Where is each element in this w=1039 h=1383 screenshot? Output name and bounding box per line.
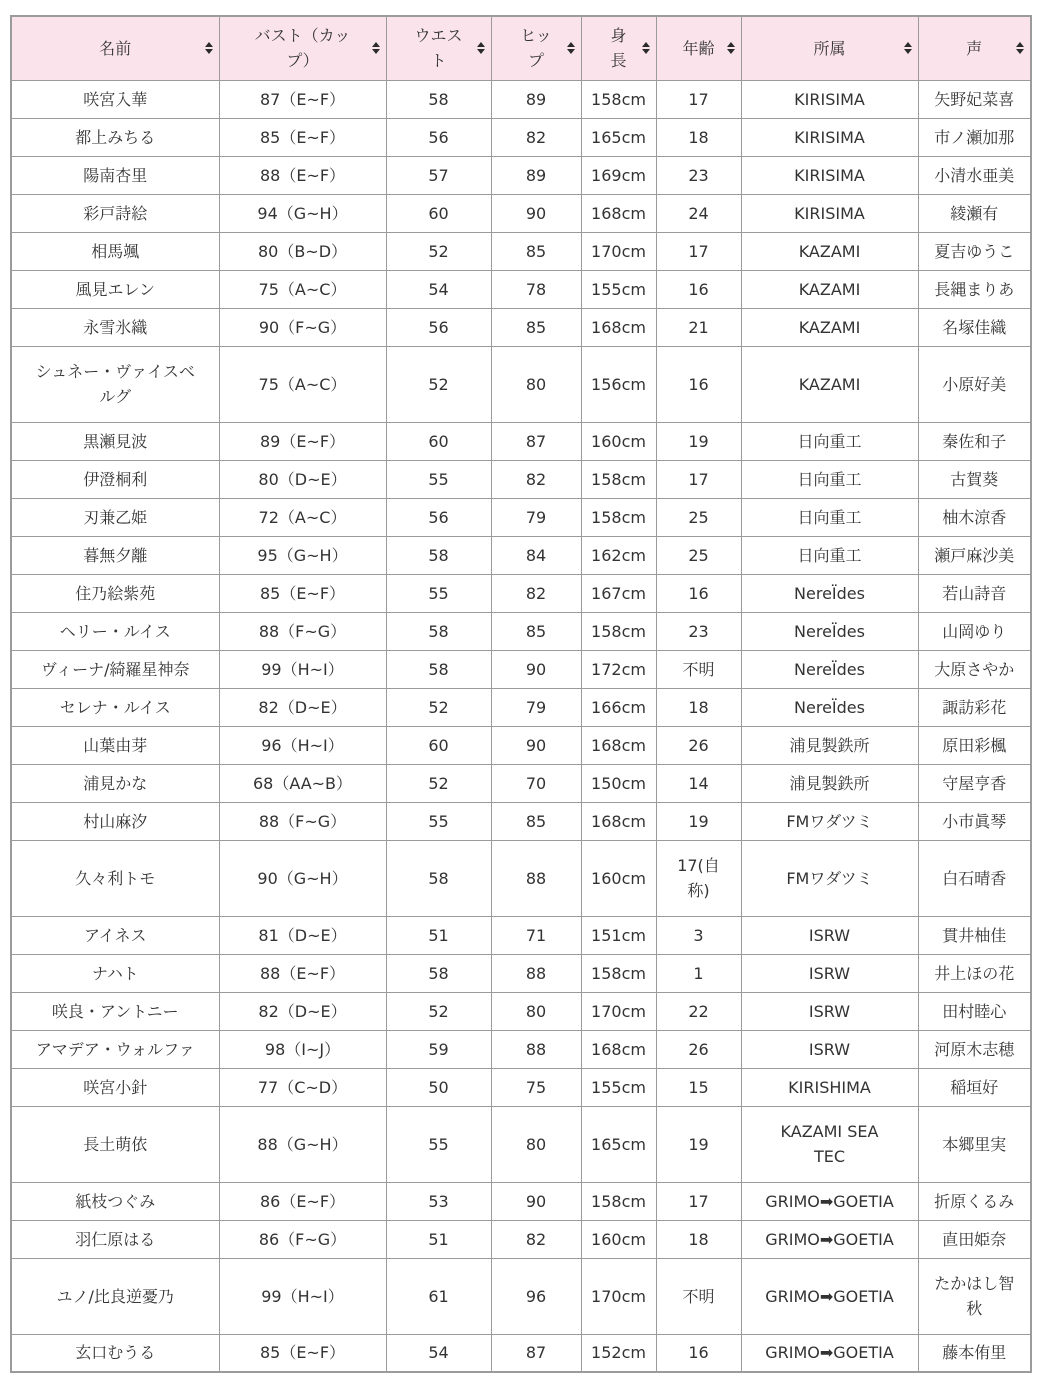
cell-group: KIRISIMA xyxy=(741,80,918,118)
cell-hip: 70 xyxy=(491,764,581,802)
table-row: ナハト88（E~F）5888158cm1ISRW井上ほの花 xyxy=(11,954,1031,992)
cell-age: 19 xyxy=(656,1106,741,1182)
cell-waist: 58 xyxy=(386,612,491,650)
cell-bust: 96（H~I） xyxy=(219,726,386,764)
cell-height: 151cm xyxy=(581,916,656,954)
cell-group: NereÏdes xyxy=(741,612,918,650)
cell-height: 158cm xyxy=(581,80,656,118)
cell-hip: 80 xyxy=(491,1106,581,1182)
cell-height: 162cm xyxy=(581,536,656,574)
cell-voice: 稲垣好 xyxy=(918,1068,1031,1106)
cell-name: 浦見かな xyxy=(11,764,219,802)
cell-bust: 85（E~F） xyxy=(219,1334,386,1372)
cell-voice: 長縄まりあ xyxy=(918,270,1031,308)
cell-height: 165cm xyxy=(581,118,656,156)
cell-height: 158cm xyxy=(581,1182,656,1220)
cell-bust: 86（E~F） xyxy=(219,1182,386,1220)
cell-height: 166cm xyxy=(581,688,656,726)
cell-name: 暮無夕離 xyxy=(11,536,219,574)
cell-height: 170cm xyxy=(581,992,656,1030)
cell-waist: 54 xyxy=(386,270,491,308)
cell-waist: 55 xyxy=(386,460,491,498)
cell-voice: 河原木志穂 xyxy=(918,1030,1031,1068)
cell-height: 158cm xyxy=(581,460,656,498)
table-row: 彩戸詩絵94（G~H）6090168cm24KIRISIMA綾瀬有 xyxy=(11,194,1031,232)
cell-name: 咲宮小針 xyxy=(11,1068,219,1106)
cell-voice: 柚木涼香 xyxy=(918,498,1031,536)
cell-voice: 井上ほの花 xyxy=(918,954,1031,992)
cell-bust: 75（A~C） xyxy=(219,346,386,422)
cell-group: GRIMO➡GOETIA xyxy=(741,1334,918,1372)
cell-group: KAZAMI xyxy=(741,308,918,346)
cell-group: 日向重工 xyxy=(741,460,918,498)
cell-age: 17(自 称) xyxy=(656,840,741,916)
cell-group: NereÏdes xyxy=(741,688,918,726)
cell-height: 165cm xyxy=(581,1106,656,1182)
cell-age: 19 xyxy=(656,802,741,840)
cell-bust: 75（A~C） xyxy=(219,270,386,308)
cell-group: FMワダツミ xyxy=(741,840,918,916)
cell-name: アイネス xyxy=(11,916,219,954)
cell-age: 15 xyxy=(656,1068,741,1106)
cell-voice: 名塚佳織 xyxy=(918,308,1031,346)
column-header-height[interactable]: 身長 xyxy=(581,16,656,80)
cell-voice: 貫井柚佳 xyxy=(918,916,1031,954)
cell-voice: 原田彩楓 xyxy=(918,726,1031,764)
cell-height: 168cm xyxy=(581,308,656,346)
cell-waist: 58 xyxy=(386,80,491,118)
cell-waist: 52 xyxy=(386,992,491,1030)
table-row: 陽南杏里88（E~F）5789169cm23KIRISIMA小清水亜美 xyxy=(11,156,1031,194)
table-row: 都上みちる85（E~F）5682165cm18KIRISIMA市ノ瀬加那 xyxy=(11,118,1031,156)
table-row: 浦見かな68（AA~B）5270150cm14浦見製鉄所守屋亨香 xyxy=(11,764,1031,802)
header-row: 名前バスト（カッ プ）ウエス トヒッ プ身長年齢所属声 xyxy=(11,16,1031,80)
sort-icon[interactable] xyxy=(205,42,213,54)
cell-name: 相馬颯 xyxy=(11,232,219,270)
cell-bust: 88（E~F） xyxy=(219,954,386,992)
table-row: 伊澄桐利80（D~E）5582158cm17日向重工古賀葵 xyxy=(11,460,1031,498)
cell-age: 不明 xyxy=(656,1258,741,1334)
cell-age: 1 xyxy=(656,954,741,992)
cell-group: 日向重工 xyxy=(741,422,918,460)
table-row: アマデア・ウォルファ98（I~J）5988168cm26ISRW河原木志穂 xyxy=(11,1030,1031,1068)
cell-age: 19 xyxy=(656,422,741,460)
sort-icon[interactable] xyxy=(904,42,912,54)
cell-hip: 96 xyxy=(491,1258,581,1334)
cell-hip: 85 xyxy=(491,802,581,840)
cell-voice: 夏吉ゆうこ xyxy=(918,232,1031,270)
cell-name: 刃兼乙姫 xyxy=(11,498,219,536)
cell-group: 日向重工 xyxy=(741,498,918,536)
cell-height: 168cm xyxy=(581,726,656,764)
sort-icon[interactable] xyxy=(567,42,575,54)
cell-height: 160cm xyxy=(581,840,656,916)
column-header-name[interactable]: 名前 xyxy=(11,16,219,80)
cell-waist: 55 xyxy=(386,802,491,840)
cell-hip: 75 xyxy=(491,1068,581,1106)
cell-hip: 82 xyxy=(491,118,581,156)
cell-bust: 98（I~J） xyxy=(219,1030,386,1068)
cell-height: 170cm xyxy=(581,1258,656,1334)
table-row: 相馬颯80（B~D）5285170cm17KAZAMI夏吉ゆうこ xyxy=(11,232,1031,270)
cell-voice: 小清水亜美 xyxy=(918,156,1031,194)
cell-voice: 白石晴香 xyxy=(918,840,1031,916)
cell-group: GRIMO➡GOETIA xyxy=(741,1258,918,1334)
cell-voice: 矢野妃菜喜 xyxy=(918,80,1031,118)
cell-group: KIRISIMA xyxy=(741,118,918,156)
cell-group: KAZAMI xyxy=(741,270,918,308)
table-row: シュネー・ヴァイスベ ルグ75（A~C）5280156cm16KAZAMI小原好… xyxy=(11,346,1031,422)
cell-name: 玄口むうる xyxy=(11,1334,219,1372)
cell-waist: 52 xyxy=(386,764,491,802)
cell-age: 16 xyxy=(656,346,741,422)
cell-voice: 若山詩音 xyxy=(918,574,1031,612)
table-row: 風見エレン75（A~C）5478155cm16KAZAMI長縄まりあ xyxy=(11,270,1031,308)
cell-name: 黒瀬見波 xyxy=(11,422,219,460)
cell-bust: 85（E~F） xyxy=(219,574,386,612)
cell-name: 都上みちる xyxy=(11,118,219,156)
sort-icon[interactable] xyxy=(642,42,650,54)
cell-age: 21 xyxy=(656,308,741,346)
cell-waist: 57 xyxy=(386,156,491,194)
cell-hip: 88 xyxy=(491,1030,581,1068)
table-row: ヘリー・ルイス88（F~G）5885158cm23NereÏdes山岡ゆり xyxy=(11,612,1031,650)
column-label-voice: 声 xyxy=(966,36,982,61)
column-label-waist: ウエス ト xyxy=(414,23,462,73)
character-profile-table: 名前バスト（カッ プ）ウエス トヒッ プ身長年齢所属声 咲宮入華87（E~F）5… xyxy=(10,15,1032,1373)
cell-height: 158cm xyxy=(581,954,656,992)
cell-hip: 89 xyxy=(491,80,581,118)
cell-name: ユノ/比良逆憂乃 xyxy=(11,1258,219,1334)
column-header-bust[interactable]: バスト（カッ プ） xyxy=(219,16,386,80)
column-header-age[interactable]: 年齢 xyxy=(656,16,741,80)
cell-voice: 大原さやか xyxy=(918,650,1031,688)
table-row: 紙枝つぐみ86（E~F）5390158cm17GRIMO➡GOETIA折原くるみ xyxy=(11,1182,1031,1220)
cell-group: ISRW xyxy=(741,1030,918,1068)
cell-waist: 56 xyxy=(386,308,491,346)
cell-name: ヴィーナ/綺羅星神奈 xyxy=(11,650,219,688)
cell-hip: 84 xyxy=(491,536,581,574)
cell-voice: 小市眞琴 xyxy=(918,802,1031,840)
cell-bust: 99（H~I） xyxy=(219,1258,386,1334)
cell-height: 170cm xyxy=(581,232,656,270)
cell-bust: 88（F~G） xyxy=(219,612,386,650)
cell-voice: 山岡ゆり xyxy=(918,612,1031,650)
cell-height: 168cm xyxy=(581,194,656,232)
cell-waist: 58 xyxy=(386,536,491,574)
cell-age: 23 xyxy=(656,156,741,194)
table-row: 山葉由芽96（H~I）6090168cm26浦見製鉄所原田彩楓 xyxy=(11,726,1031,764)
cell-bust: 68（AA~B） xyxy=(219,764,386,802)
cell-hip: 80 xyxy=(491,992,581,1030)
cell-voice: 本郷里実 xyxy=(918,1106,1031,1182)
cell-group: GRIMO➡GOETIA xyxy=(741,1220,918,1258)
cell-name: 羽仁原はる xyxy=(11,1220,219,1258)
cell-hip: 90 xyxy=(491,1182,581,1220)
cell-group: ISRW xyxy=(741,916,918,954)
cell-hip: 80 xyxy=(491,346,581,422)
cell-group: FMワダツミ xyxy=(741,802,918,840)
cell-voice: 諏訪彩花 xyxy=(918,688,1031,726)
cell-height: 169cm xyxy=(581,156,656,194)
cell-bust: 72（A~C） xyxy=(219,498,386,536)
cell-group: KIRISHIMA xyxy=(741,1068,918,1106)
cell-hip: 88 xyxy=(491,840,581,916)
cell-waist: 51 xyxy=(386,916,491,954)
cell-waist: 52 xyxy=(386,346,491,422)
cell-voice: 市ノ瀬加那 xyxy=(918,118,1031,156)
cell-group: KIRISIMA xyxy=(741,156,918,194)
cell-age: 17 xyxy=(656,232,741,270)
cell-hip: 79 xyxy=(491,498,581,536)
cell-height: 158cm xyxy=(581,612,656,650)
cell-age: 14 xyxy=(656,764,741,802)
cell-height: 155cm xyxy=(581,1068,656,1106)
cell-name: 風見エレン xyxy=(11,270,219,308)
cell-hip: 90 xyxy=(491,726,581,764)
cell-height: 167cm xyxy=(581,574,656,612)
page: 名前バスト（カッ プ）ウエス トヒッ プ身長年齢所属声 咲宮入華87（E~F）5… xyxy=(0,0,1039,1383)
cell-age: 24 xyxy=(656,194,741,232)
cell-age: 23 xyxy=(656,612,741,650)
cell-name: 伊澄桐利 xyxy=(11,460,219,498)
column-label-hip: ヒッ プ xyxy=(520,23,552,73)
cell-waist: 60 xyxy=(386,726,491,764)
cell-name: 住乃絵紫苑 xyxy=(11,574,219,612)
cell-height: 150cm xyxy=(581,764,656,802)
cell-voice: 綾瀬有 xyxy=(918,194,1031,232)
cell-hip: 85 xyxy=(491,232,581,270)
cell-name: 咲宮入華 xyxy=(11,80,219,118)
cell-group: KAZAMI xyxy=(741,346,918,422)
cell-height: 172cm xyxy=(581,650,656,688)
cell-waist: 54 xyxy=(386,1334,491,1372)
column-header-group[interactable]: 所属 xyxy=(741,16,918,80)
cell-age: 26 xyxy=(656,726,741,764)
table-row: 長土萌依88（G~H）5580165cm19KAZAMI SEA TEC本郷里実 xyxy=(11,1106,1031,1182)
cell-bust: 87（E~F） xyxy=(219,80,386,118)
cell-waist: 55 xyxy=(386,1106,491,1182)
table-row: 暮無夕離95（G~H）5884162cm25日向重工瀬戸麻沙美 xyxy=(11,536,1031,574)
cell-age: 16 xyxy=(656,270,741,308)
cell-waist: 52 xyxy=(386,232,491,270)
cell-voice: 折原くるみ xyxy=(918,1182,1031,1220)
table-row: 玄口むうる85（E~F）5487152cm16GRIMO➡GOETIA藤本侑里 xyxy=(11,1334,1031,1372)
cell-group: NereÏdes xyxy=(741,650,918,688)
cell-voice: 小原好美 xyxy=(918,346,1031,422)
cell-bust: 94（G~H） xyxy=(219,194,386,232)
cell-waist: 56 xyxy=(386,498,491,536)
cell-waist: 60 xyxy=(386,194,491,232)
table-row: ヴィーナ/綺羅星神奈99（H~I）5890172cm不明NereÏdes大原さや… xyxy=(11,650,1031,688)
cell-age: 不明 xyxy=(656,650,741,688)
cell-age: 3 xyxy=(656,916,741,954)
cell-age: 17 xyxy=(656,1182,741,1220)
cell-age: 22 xyxy=(656,992,741,1030)
table-body: 咲宮入華87（E~F）5889158cm17KIRISIMA矢野妃菜喜都上みちる… xyxy=(11,80,1031,1372)
cell-hip: 90 xyxy=(491,650,581,688)
cell-bust: 82（D~E） xyxy=(219,688,386,726)
table-row: 羽仁原はる86（F~G）5182160cm18GRIMO➡GOETIA直田姫奈 xyxy=(11,1220,1031,1258)
cell-bust: 86（F~G） xyxy=(219,1220,386,1258)
cell-bust: 89（E~F） xyxy=(219,422,386,460)
cell-hip: 89 xyxy=(491,156,581,194)
cell-bust: 90（F~G） xyxy=(219,308,386,346)
cell-hip: 85 xyxy=(491,612,581,650)
table-row: 黒瀬見波89（E~F）6087160cm19日向重工秦佐和子 xyxy=(11,422,1031,460)
cell-voice: 古賀葵 xyxy=(918,460,1031,498)
cell-waist: 51 xyxy=(386,1220,491,1258)
cell-name: ナハト xyxy=(11,954,219,992)
cell-age: 16 xyxy=(656,574,741,612)
cell-bust: 90（G~H） xyxy=(219,840,386,916)
cell-bust: 85（E~F） xyxy=(219,118,386,156)
cell-group: 日向重工 xyxy=(741,536,918,574)
cell-age: 18 xyxy=(656,1220,741,1258)
column-header-voice[interactable]: 声 xyxy=(918,16,1031,80)
cell-height: 160cm xyxy=(581,422,656,460)
cell-name: アマデア・ウォルファ xyxy=(11,1030,219,1068)
table-row: 住乃絵紫苑85（E~F）5582167cm16NereÏdes若山詩音 xyxy=(11,574,1031,612)
cell-waist: 58 xyxy=(386,954,491,992)
cell-height: 156cm xyxy=(581,346,656,422)
cell-voice: 瀬戸麻沙美 xyxy=(918,536,1031,574)
cell-bust: 88（F~G） xyxy=(219,802,386,840)
sort-icon[interactable] xyxy=(727,42,735,54)
cell-hip: 82 xyxy=(491,460,581,498)
table-row: ユノ/比良逆憂乃99（H~I）6196170cm不明GRIMO➡GOETIAたか… xyxy=(11,1258,1031,1334)
cell-hip: 87 xyxy=(491,1334,581,1372)
cell-height: 155cm xyxy=(581,270,656,308)
cell-waist: 61 xyxy=(386,1258,491,1334)
cell-voice: 藤本侑里 xyxy=(918,1334,1031,1372)
sort-icon[interactable] xyxy=(372,42,380,54)
cell-height: 168cm xyxy=(581,802,656,840)
cell-age: 16 xyxy=(656,1334,741,1372)
cell-hip: 82 xyxy=(491,1220,581,1258)
cell-height: 152cm xyxy=(581,1334,656,1372)
table-row: 刃兼乙姫72（A~C）5679158cm25日向重工柚木涼香 xyxy=(11,498,1031,536)
cell-voice: 直田姫奈 xyxy=(918,1220,1031,1258)
cell-name: 陽南杏里 xyxy=(11,156,219,194)
table-row: 咲良・アントニー82（D~E）5280170cm22ISRW田村睦心 xyxy=(11,992,1031,1030)
cell-bust: 81（D~E） xyxy=(219,916,386,954)
cell-height: 168cm xyxy=(581,1030,656,1068)
cell-age: 25 xyxy=(656,536,741,574)
cell-waist: 58 xyxy=(386,840,491,916)
cell-age: 18 xyxy=(656,118,741,156)
cell-waist: 50 xyxy=(386,1068,491,1106)
cell-voice: 秦佐和子 xyxy=(918,422,1031,460)
cell-bust: 80（D~E） xyxy=(219,460,386,498)
cell-bust: 88（E~F） xyxy=(219,156,386,194)
cell-name: セレナ・ルイス xyxy=(11,688,219,726)
table-row: アイネス81（D~E）5171151cm3ISRW貫井柚佳 xyxy=(11,916,1031,954)
cell-group: GRIMO➡GOETIA xyxy=(741,1182,918,1220)
cell-bust: 82（D~E） xyxy=(219,992,386,1030)
cell-name: ヘリー・ルイス xyxy=(11,612,219,650)
cell-hip: 71 xyxy=(491,916,581,954)
table-row: 久々利トモ90（G~H）5888160cm17(自 称)FMワダツミ白石晴香 xyxy=(11,840,1031,916)
cell-voice: 田村睦心 xyxy=(918,992,1031,1030)
cell-name: 彩戸詩絵 xyxy=(11,194,219,232)
cell-age: 26 xyxy=(656,1030,741,1068)
sort-icon[interactable] xyxy=(477,42,485,54)
cell-group: ISRW xyxy=(741,954,918,992)
cell-waist: 56 xyxy=(386,118,491,156)
cell-group: KAZAMI SEA TEC xyxy=(741,1106,918,1182)
cell-group: KIRISIMA xyxy=(741,194,918,232)
table-header: 名前バスト（カッ プ）ウエス トヒッ プ身長年齢所属声 xyxy=(11,16,1031,80)
cell-hip: 79 xyxy=(491,688,581,726)
cell-age: 17 xyxy=(656,460,741,498)
cell-bust: 99（H~I） xyxy=(219,650,386,688)
cell-group: KAZAMI xyxy=(741,232,918,270)
cell-bust: 88（G~H） xyxy=(219,1106,386,1182)
cell-waist: 58 xyxy=(386,650,491,688)
cell-waist: 55 xyxy=(386,574,491,612)
cell-group: 浦見製鉄所 xyxy=(741,764,918,802)
cell-hip: 87 xyxy=(491,422,581,460)
cell-waist: 59 xyxy=(386,1030,491,1068)
column-header-hip[interactable]: ヒッ プ xyxy=(491,16,581,80)
cell-voice: たかはし智 秋 xyxy=(918,1258,1031,1334)
cell-waist: 60 xyxy=(386,422,491,460)
cell-hip: 85 xyxy=(491,308,581,346)
cell-age: 25 xyxy=(656,498,741,536)
table-row: 咲宮小針77（C~D）5075155cm15KIRISHIMA稲垣好 xyxy=(11,1068,1031,1106)
cell-group: NereÏdes xyxy=(741,574,918,612)
cell-bust: 80（B~D） xyxy=(219,232,386,270)
cell-name: 村山麻汐 xyxy=(11,802,219,840)
column-label-name: 名前 xyxy=(99,36,131,61)
cell-bust: 95（G~H） xyxy=(219,536,386,574)
cell-waist: 53 xyxy=(386,1182,491,1220)
table-row: 咲宮入華87（E~F）5889158cm17KIRISIMA矢野妃菜喜 xyxy=(11,80,1031,118)
cell-group: 浦見製鉄所 xyxy=(741,726,918,764)
cell-name: 久々利トモ xyxy=(11,840,219,916)
cell-name: 咲良・アントニー xyxy=(11,992,219,1030)
table-row: セレナ・ルイス82（D~E）5279166cm18NereÏdes諏訪彩花 xyxy=(11,688,1031,726)
column-label-group: 所属 xyxy=(813,36,845,61)
cell-bust: 77（C~D） xyxy=(219,1068,386,1106)
table-row: 永雪氷織90（F~G）5685168cm21KAZAMI名塚佳織 xyxy=(11,308,1031,346)
cell-age: 17 xyxy=(656,80,741,118)
cell-voice: 守屋亨香 xyxy=(918,764,1031,802)
cell-group: ISRW xyxy=(741,992,918,1030)
cell-name: シュネー・ヴァイスベ ルグ xyxy=(11,346,219,422)
cell-hip: 82 xyxy=(491,574,581,612)
cell-name: 山葉由芽 xyxy=(11,726,219,764)
sort-icon[interactable] xyxy=(1016,42,1024,54)
cell-height: 158cm xyxy=(581,498,656,536)
table-row: 村山麻汐88（F~G）5585168cm19FMワダツミ小市眞琴 xyxy=(11,802,1031,840)
cell-name: 永雪氷織 xyxy=(11,308,219,346)
column-header-waist[interactable]: ウエス ト xyxy=(386,16,491,80)
cell-age: 18 xyxy=(656,688,741,726)
cell-height: 160cm xyxy=(581,1220,656,1258)
cell-waist: 52 xyxy=(386,688,491,726)
cell-hip: 90 xyxy=(491,194,581,232)
cell-hip: 88 xyxy=(491,954,581,992)
column-label-age: 年齢 xyxy=(682,36,714,61)
column-label-bust: バスト（カッ プ） xyxy=(255,23,351,73)
cell-name: 紙枝つぐみ xyxy=(11,1182,219,1220)
cell-hip: 78 xyxy=(491,270,581,308)
cell-name: 長土萌依 xyxy=(11,1106,219,1182)
column-label-height: 身長 xyxy=(604,23,634,73)
